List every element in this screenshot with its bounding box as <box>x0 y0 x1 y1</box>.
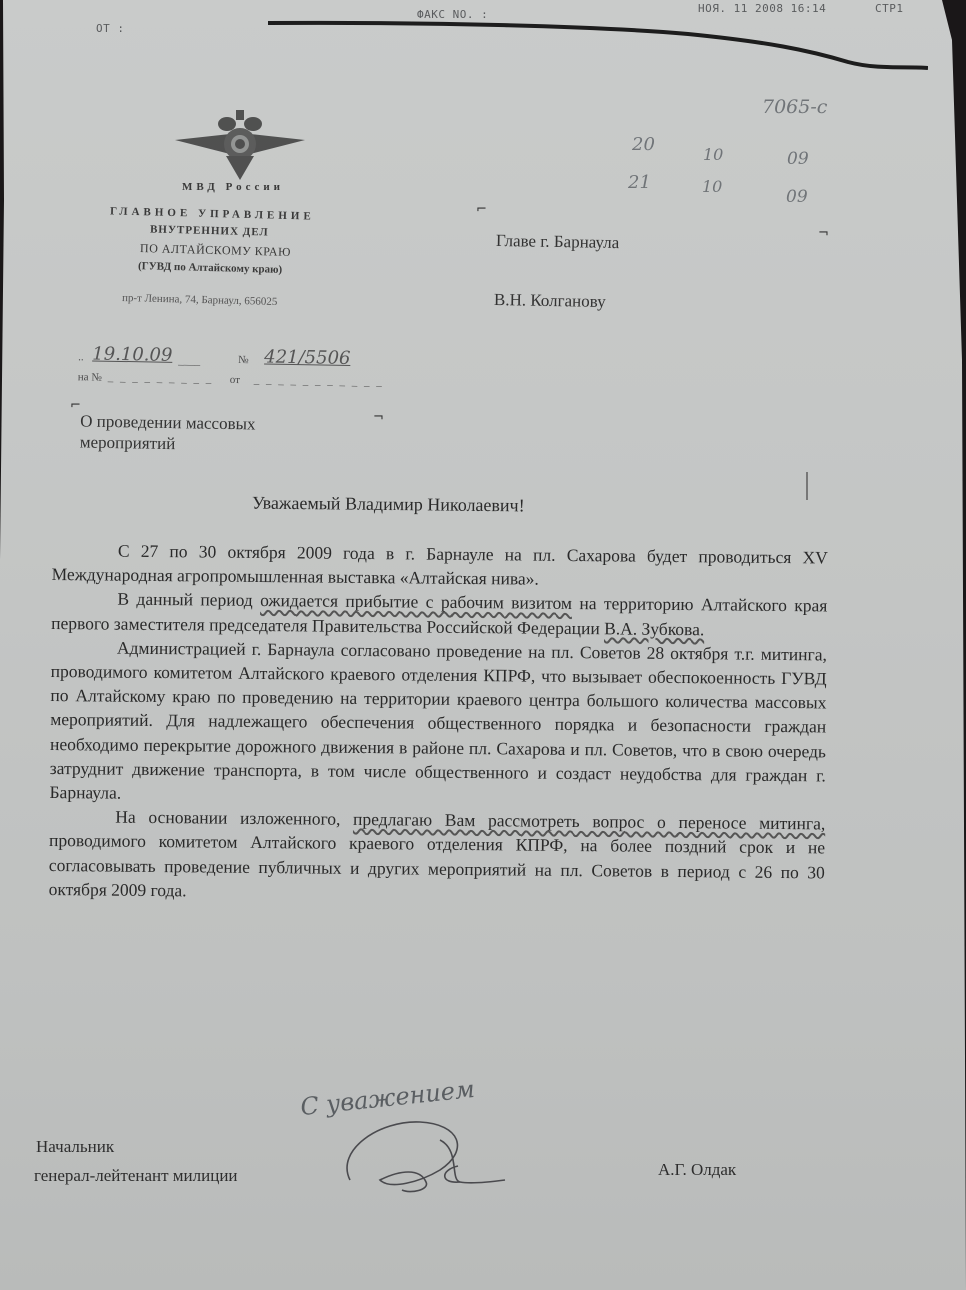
fax-datetime: НОЯ. 11 2008 16:14 <box>698 2 826 15</box>
letterhead-line-4: (ГУВД по Алтайскому краю) <box>138 260 282 276</box>
paragraph-3: Администрацией г. Барнаула согласовано п… <box>49 635 827 812</box>
letterhead-line-2: ВНУТРЕННИХ ДЕЛ <box>150 223 269 238</box>
handwritten-underline-proposal: предлагаю Вам рассмотреть вопрос о перен… <box>353 809 825 834</box>
addressee-position: Главе г. Барнаула <box>496 231 620 253</box>
subject-corner-mark-right: ¬ <box>373 410 384 425</box>
handwritten-date-1-day: 20 <box>632 134 655 155</box>
signer-title-line-2: генерал-лейтенант милиции <box>34 1166 238 1186</box>
salutation: Уважаемый Владимир Николаевич! <box>252 493 525 517</box>
signature-scribble-icon <box>340 1110 510 1200</box>
registration-number: 421/5506 <box>264 346 351 369</box>
registration-number-label: № <box>238 354 249 366</box>
fax-document-page: ОТ : ФАКС NO. : НОЯ. 11 2008 16:14 СТР1 … <box>0 0 966 1290</box>
paragraph-4: На основании изложенного, предлагаю Вам … <box>49 804 826 908</box>
subject-line: О проведении массовых мероприятий <box>80 410 256 455</box>
letter-body: С 27 по 30 октября 2009 года в г. Барнау… <box>49 538 828 908</box>
letterhead-ministry: МВД России <box>182 181 284 193</box>
fax-from-label: ОТ : <box>96 22 125 35</box>
letterhead-address: пр-т Ленина, 74, Барнаул, 656025 <box>122 292 278 308</box>
handwritten-underline-zubkov: В.А. Зубкова. <box>604 618 704 639</box>
addressee-name: В.Н. Колганову <box>494 290 606 312</box>
handwritten-date-2-year: 09 <box>786 187 808 207</box>
signer-title-line-1: Начальник <box>36 1137 114 1157</box>
double-headed-eagle-emblem-icon <box>170 108 310 183</box>
reply-from-label: от <box>230 374 240 386</box>
signer-name: А.Г. Олдак <box>658 1160 736 1180</box>
addressee-corner-mark-left: ⌐ <box>476 202 487 217</box>
handwritten-date-2-day: 21 <box>628 172 651 193</box>
handwritten-date-1-month: 10 <box>703 145 723 164</box>
fax-transmission-streak <box>268 20 928 70</box>
letterhead-line-1: ГЛАВНОЕ УПРАВЛЕНИЕ <box>110 205 315 222</box>
margin-pen-mark <box>806 472 808 500</box>
letterhead-line-3: ПО АЛТАЙСКОМУ КРАЮ <box>140 241 291 260</box>
handwritten-underline-arrival: ожидается прибытие с рабочим визитом <box>260 590 572 613</box>
registration-date: 19.10.09 <box>92 343 173 365</box>
fax-page-label: СТР1 <box>875 2 904 15</box>
handwritten-incoming-number: 7065-с <box>762 96 827 118</box>
subject-corner-mark-left: ⌐ <box>70 398 81 413</box>
registration-block: .. 19.10.09 ____ № 421/5506 на № _ _ _ _… <box>78 347 399 393</box>
handwritten-date-2-month: 10 <box>702 177 722 196</box>
addressee-corner-mark-right: ¬ <box>818 226 829 241</box>
paragraph-1: С 27 по 30 октября 2009 года в г. Барнау… <box>52 538 828 594</box>
reply-to-label: на № <box>78 371 102 383</box>
handwritten-date-1-year: 09 <box>787 149 809 169</box>
paragraph-2: В данный период ожидается прибытие с раб… <box>51 586 827 642</box>
